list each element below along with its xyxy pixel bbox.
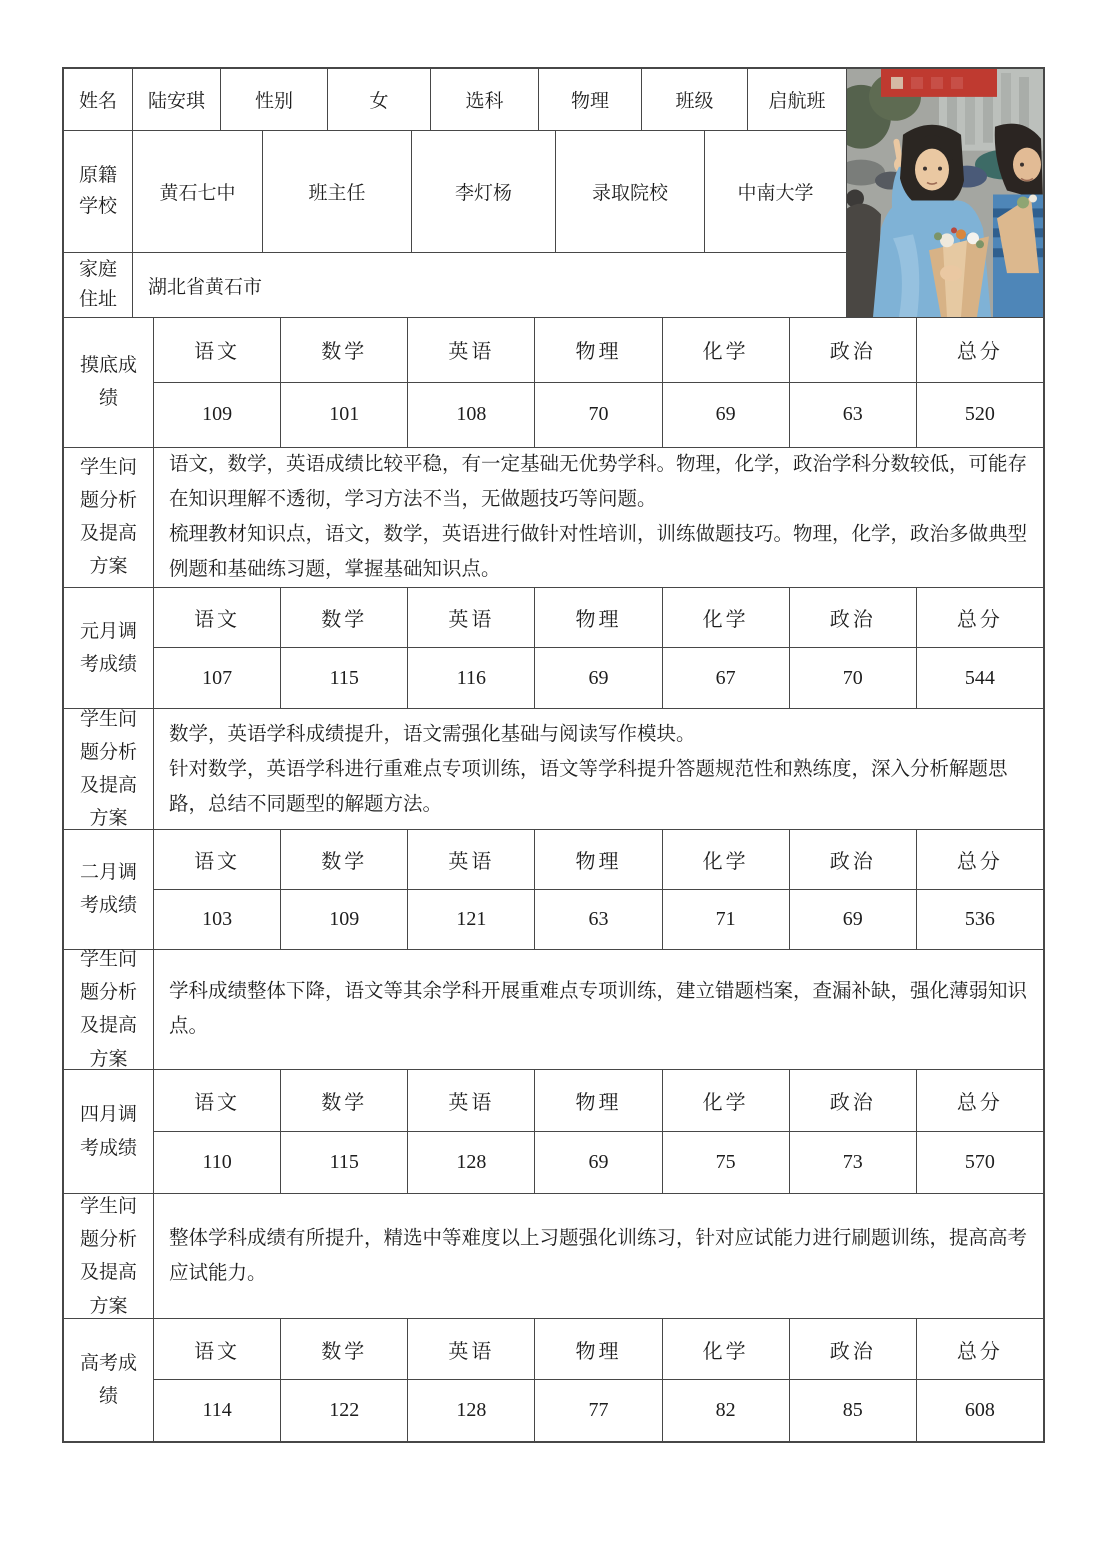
score-cell: 63 [790,383,917,448]
score-section-label: 高考成绩 [64,1319,154,1441]
address-label: 家庭住址 [64,253,133,318]
score-cell: 85 [790,1380,917,1441]
analysis-section-2: 学生问题分析及提高方案 数学，英语学科成绩提升，语文需强化基础与阅读写作模块。 … [64,709,1043,830]
subject-header: 语文 [154,588,281,649]
subject-header: 英语 [408,1319,535,1380]
score-cell: 570 [917,1132,1043,1194]
score-grid: 语文 数学 英语 物理 化学 政治 总分 109 101 108 70 69 6… [154,318,1043,448]
table-row: 语文 数学 英语 物理 化学 政治 总分 [154,1319,1043,1380]
score-cell: 75 [663,1132,790,1194]
subject-header: 化学 [663,830,790,890]
score-cell: 520 [917,383,1043,448]
subject-header: 总分 [917,318,1043,383]
score-cell: 73 [790,1132,917,1194]
subject-header: 物理 [535,830,662,890]
elective-value: 物理 [539,69,642,131]
score-cell: 536 [917,890,1043,950]
head-teacher-label: 班主任 [263,131,412,253]
score-cell: 103 [154,890,281,950]
subject-header: 语文 [154,1070,281,1132]
subject-header: 语文 [154,830,281,890]
head-teacher-value: 李灯杨 [412,131,556,253]
gender-label: 性别 [221,69,328,131]
score-cell: 71 [663,890,790,950]
student-photo [847,69,1043,318]
gender-value: 女 [328,69,431,131]
subject-header: 物理 [535,318,662,383]
analysis-section-3: 学生问题分析及提高方案 学科成绩整体下降，语文等其余学科开展重难点专项训练，建立… [64,950,1043,1070]
analysis-section-1: 学生问题分析及提高方案 语文，数学，英语成绩比较平稳，有一定基础无优势学科。物理… [64,448,1043,588]
origin-school-label: 原籍学校 [64,131,133,253]
score-cell: 101 [281,383,408,448]
class-label: 班级 [642,69,748,131]
subject-header: 政治 [790,588,917,649]
subject-header: 语文 [154,1319,281,1380]
score-cell: 69 [663,383,790,448]
score-section-label: 四月调考成绩 [64,1070,154,1195]
score-cell: 108 [408,383,535,448]
subject-header: 数学 [281,830,408,890]
table-row: 103 109 121 63 71 69 536 [154,890,1043,950]
score-cell: 107 [154,648,281,709]
table-row: 110 115 128 69 75 73 570 [154,1132,1043,1194]
score-cell: 122 [281,1380,408,1441]
subject-header: 语文 [154,318,281,383]
score-cell: 115 [281,648,408,709]
score-cell: 82 [663,1380,790,1441]
score-cell: 608 [917,1380,1043,1441]
analysis-label: 学生问题分析及提高方案 [64,950,154,1070]
analysis-paragraph: 梳理教材知识点，语文，数学，英语进行做针对性培训，训练做题技巧。物理，化学，政治… [169,517,1027,587]
address-value: 湖北省黄石市 [133,253,847,318]
subject-header: 数学 [281,588,408,649]
origin-school-value: 黄石七中 [133,131,263,253]
score-section-february: 二月调考成绩 语文 数学 英语 物理 化学 政治 总分 103 109 121 … [64,830,1043,950]
analysis-label: 学生问题分析及提高方案 [64,1194,154,1319]
score-cell: 63 [535,890,662,950]
score-section-january: 元月调考成绩 语文 数学 英语 物理 化学 政治 总分 107 115 116 … [64,588,1043,710]
score-cell: 110 [154,1132,281,1194]
subject-header: 英语 [408,1070,535,1132]
subject-header: 总分 [917,588,1043,649]
score-cell: 109 [154,383,281,448]
score-cell: 128 [408,1380,535,1441]
score-cell: 115 [281,1132,408,1194]
analysis-label: 学生问题分析及提高方案 [64,448,154,588]
subject-header: 数学 [281,318,408,383]
subject-header: 总分 [917,1319,1043,1380]
subject-header: 物理 [535,1319,662,1380]
table-row: 107 115 116 69 67 70 544 [154,648,1043,709]
subject-header: 英语 [408,318,535,383]
subject-header: 总分 [917,830,1043,890]
score-cell: 114 [154,1380,281,1441]
score-cell: 128 [408,1132,535,1194]
subject-header: 化学 [663,1070,790,1132]
name-label: 姓名 [64,69,133,131]
table-row: 114 122 128 77 82 85 608 [154,1380,1043,1441]
score-cell: 69 [535,648,662,709]
subject-header: 数学 [281,1070,408,1132]
table-row: 原籍学校 黄石七中 班主任 李灯杨 录取院校 中南大学 [64,131,847,253]
score-grid: 语文 数学 英语 物理 化学 政治 总分 114 122 128 77 82 8… [154,1319,1043,1441]
analysis-section-4: 学生问题分析及提高方案 整体学科成绩有所提升，精选中等难度以上习题强化训练习，针… [64,1194,1043,1319]
score-section-gaokao: 高考成绩 语文 数学 英语 物理 化学 政治 总分 114 122 128 77… [64,1319,1043,1441]
subject-header: 化学 [663,1319,790,1380]
score-section-baseline: 摸底成绩 语文 数学 英语 物理 化学 政治 总分 109 101 108 70… [64,318,1043,448]
subject-header: 政治 [790,830,917,890]
subject-header: 政治 [790,318,917,383]
student-report-sheet: 姓名 陆安琪 性别 女 选科 物理 班级 启航班 原籍学校 黄石七中 班主任 李… [0,0,1102,1559]
subject-header: 物理 [535,1070,662,1132]
score-section-april: 四月调考成绩 语文 数学 英语 物理 化学 政治 总分 110 115 128 … [64,1070,1043,1195]
score-cell: 116 [408,648,535,709]
college-value: 中南大学 [705,131,847,253]
score-cell: 544 [917,648,1043,709]
score-cell: 67 [663,648,790,709]
score-cell: 70 [790,648,917,709]
table-row: 姓名 陆安琪 性别 女 选科 物理 班级 启航班 [64,69,847,131]
subject-header: 政治 [790,1070,917,1132]
subject-header: 政治 [790,1319,917,1380]
analysis-text: 数学，英语学科成绩提升，语文需强化基础与阅读写作模块。 针对数学，英语学科进行重… [154,709,1043,830]
subject-header: 化学 [663,318,790,383]
score-section-label: 摸底成绩 [64,318,154,448]
score-grid: 语文 数学 英语 物理 化学 政治 总分 107 115 116 69 67 7… [154,588,1043,710]
subject-header: 数学 [281,1319,408,1380]
analysis-paragraph: 学科成绩整体下降，语文等其余学科开展重难点专项训练，建立错题档案，查漏补缺，强化… [169,974,1027,1044]
student-photo-illustration [847,69,1043,317]
score-cell: 109 [281,890,408,950]
score-cell: 121 [408,890,535,950]
analysis-text: 学科成绩整体下降，语文等其余学科开展重难点专项训练，建立错题档案，查漏补缺，强化… [154,950,1043,1070]
table-row: 家庭住址 湖北省黄石市 [64,253,847,318]
subject-header: 英语 [408,830,535,890]
student-info-block: 姓名 陆安琪 性别 女 选科 物理 班级 启航班 原籍学校 黄石七中 班主任 李… [64,69,1043,318]
score-grid: 语文 数学 英语 物理 化学 政治 总分 110 115 128 69 75 7… [154,1070,1043,1195]
score-cell: 69 [790,890,917,950]
subject-header: 总分 [917,1070,1043,1132]
score-section-label: 二月调考成绩 [64,830,154,950]
table-row: 语文 数学 英语 物理 化学 政治 总分 [154,318,1043,383]
class-value: 启航班 [748,69,847,131]
score-cell: 77 [535,1380,662,1441]
table-row: 语文 数学 英语 物理 化学 政治 总分 [154,588,1043,649]
student-report-table: 姓名 陆安琪 性别 女 选科 物理 班级 启航班 原籍学校 黄石七中 班主任 李… [62,67,1045,1443]
score-cell: 69 [535,1132,662,1194]
analysis-text: 语文，数学，英语成绩比较平稳，有一定基础无优势学科。物理，化学，政治学科分数较低… [154,448,1043,588]
analysis-paragraph: 数学，英语学科成绩提升，语文需强化基础与阅读写作模块。 [169,717,1027,752]
analysis-paragraph: 针对数学，英语学科进行重难点专项训练，语文等学科提升答题规范性和熟练度，深入分析… [169,752,1027,822]
analysis-paragraph: 语文，数学，英语成绩比较平稳，有一定基础无优势学科。物理，化学，政治学科分数较低… [169,447,1027,517]
score-section-label: 元月调考成绩 [64,588,154,710]
table-row: 语文 数学 英语 物理 化学 政治 总分 [154,830,1043,890]
elective-label: 选科 [431,69,539,131]
score-grid: 语文 数学 英语 物理 化学 政治 总分 103 109 121 63 71 6… [154,830,1043,950]
score-cell: 70 [535,383,662,448]
subject-header: 物理 [535,588,662,649]
analysis-paragraph: 整体学科成绩有所提升，精选中等难度以上习题强化训练习，针对应试能力进行刷题训练，… [169,1221,1027,1291]
table-row: 语文 数学 英语 物理 化学 政治 总分 [154,1070,1043,1132]
name-value: 陆安琪 [133,69,221,131]
analysis-text: 整体学科成绩有所提升，精选中等难度以上习题强化训练习，针对应试能力进行刷题训练，… [154,1194,1043,1319]
subject-header: 英语 [408,588,535,649]
student-info-cells: 姓名 陆安琪 性别 女 选科 物理 班级 启航班 原籍学校 黄石七中 班主任 李… [64,69,847,318]
subject-header: 化学 [663,588,790,649]
college-label: 录取院校 [556,131,705,253]
analysis-label: 学生问题分析及提高方案 [64,709,154,830]
table-row: 109 101 108 70 69 63 520 [154,383,1043,448]
